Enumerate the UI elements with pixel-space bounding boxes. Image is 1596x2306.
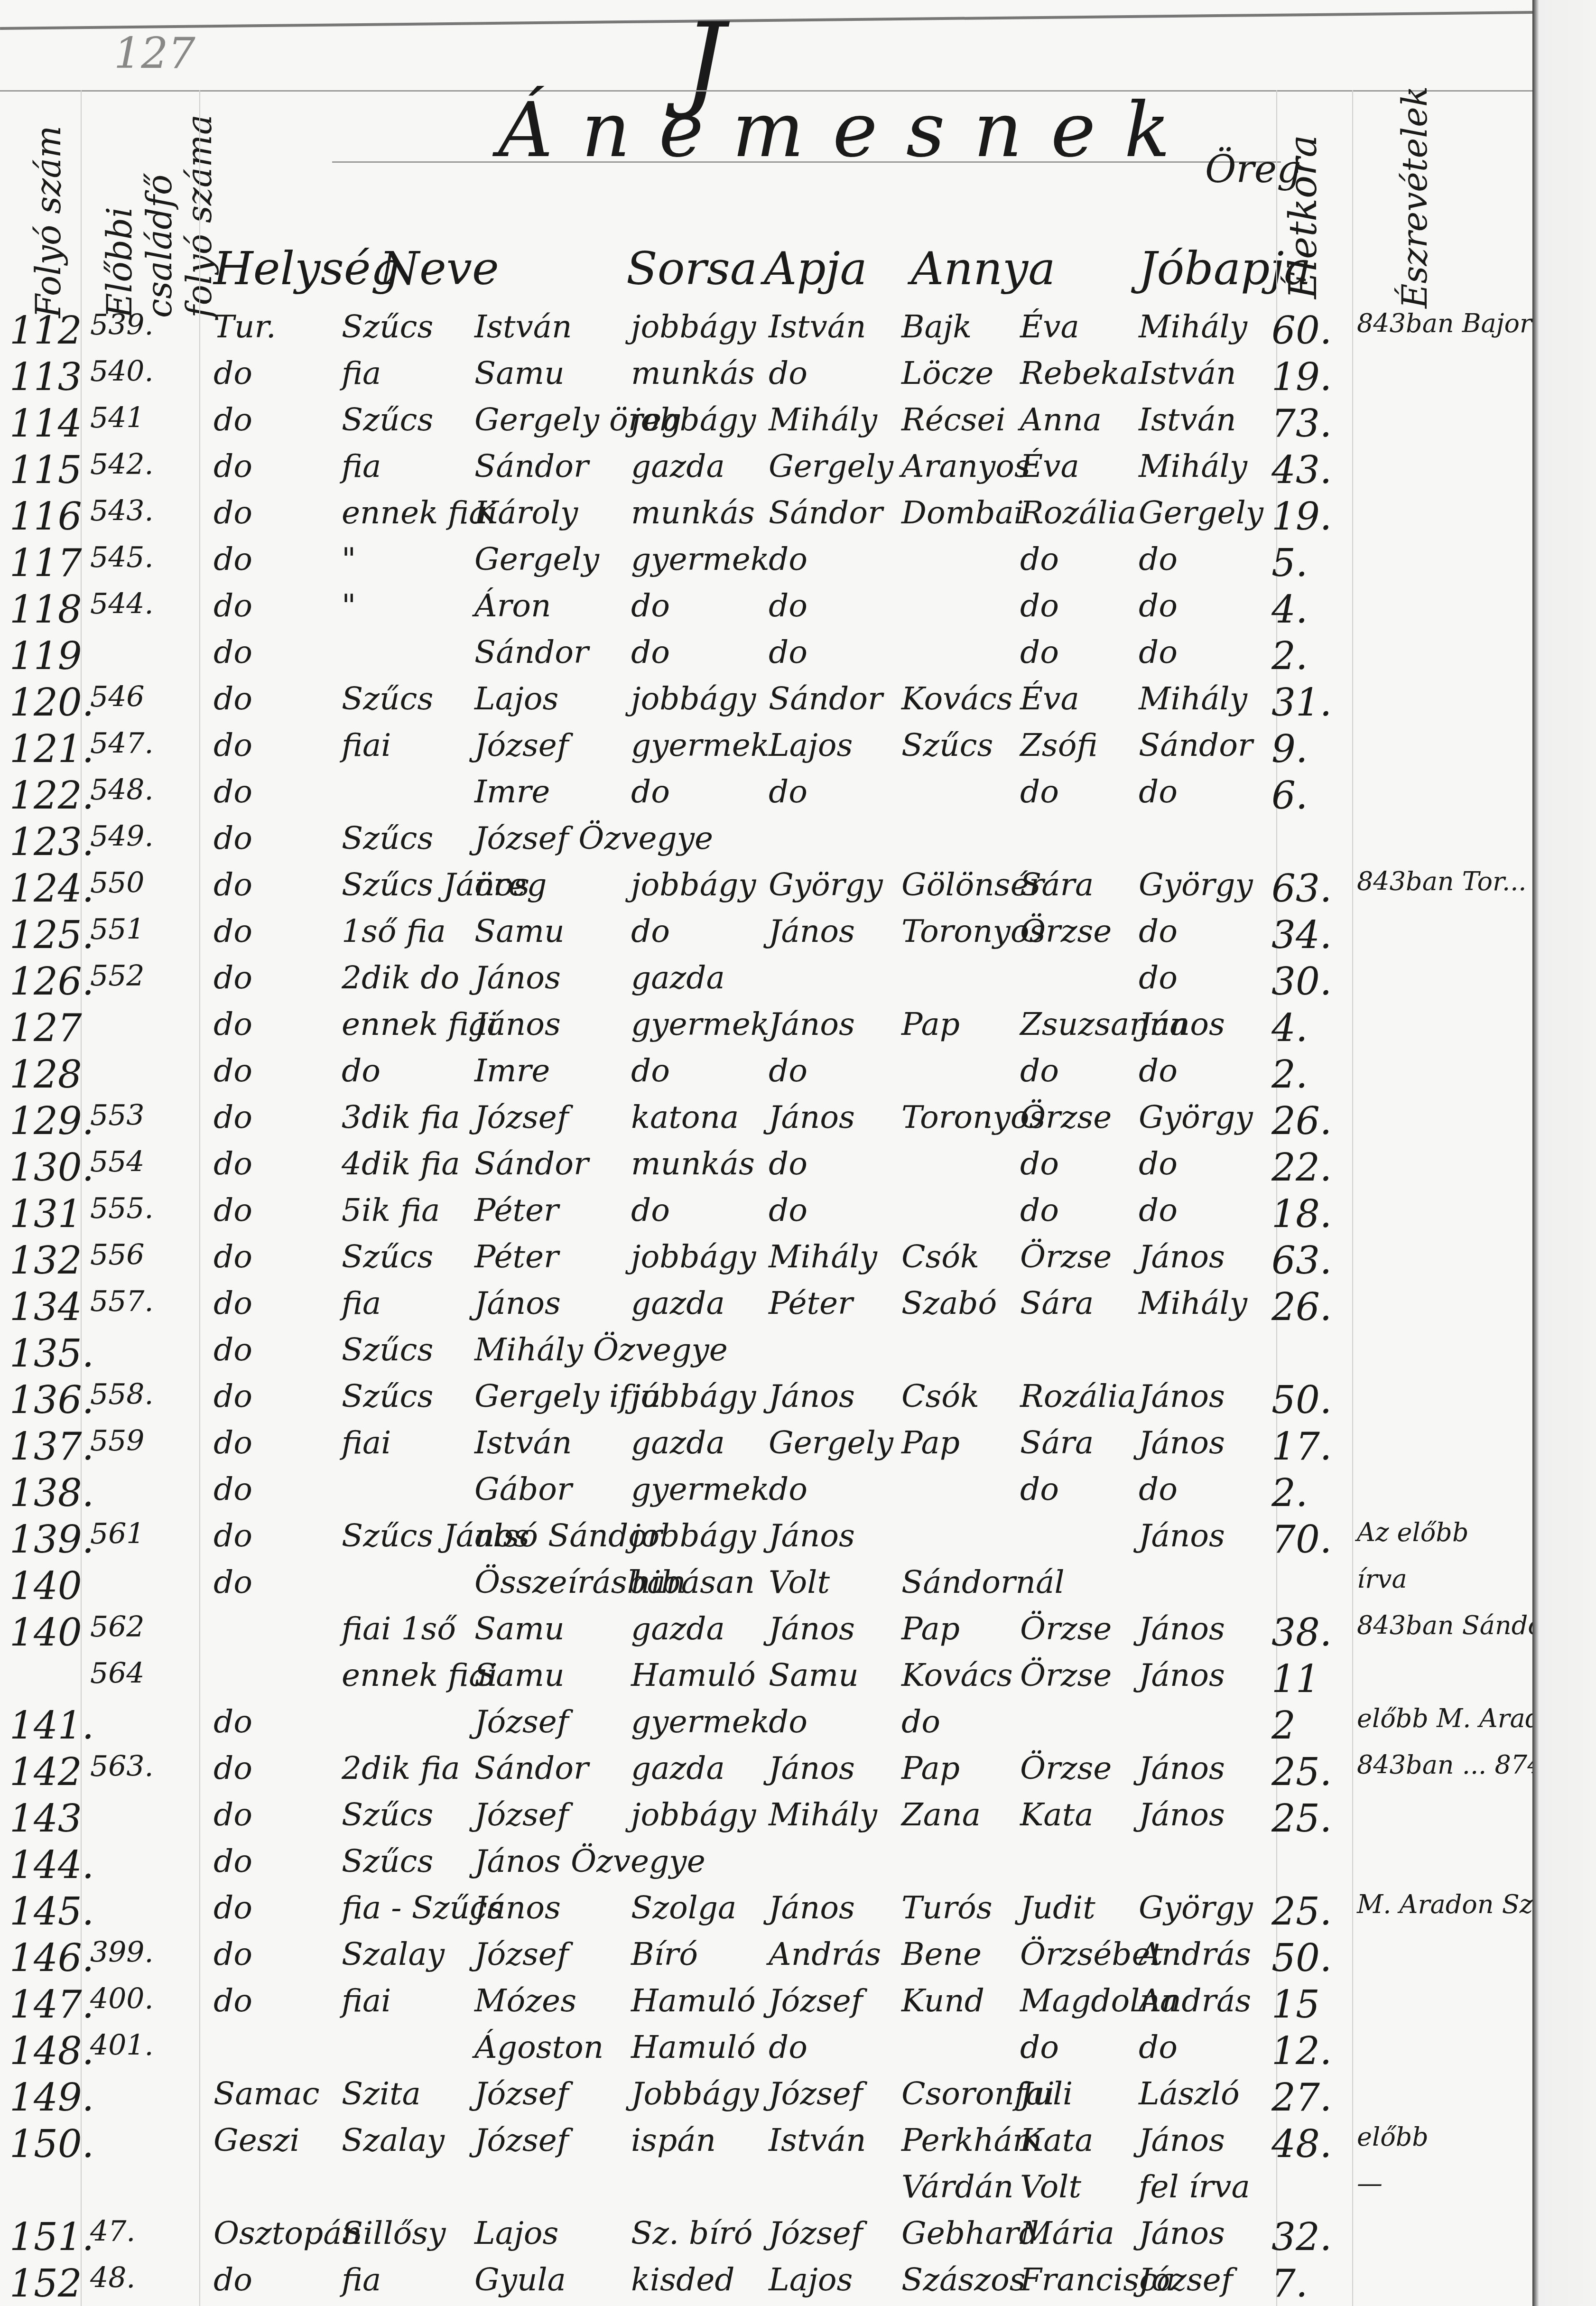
cell-nev2: József (474, 1796, 568, 1833)
cell-haz: 548. (90, 773, 154, 807)
cell-nagy: István (1139, 401, 1236, 438)
cell-hely: do (213, 1750, 252, 1786)
cell-kor: 4. (1271, 587, 1308, 632)
cell-kor: 43. (1271, 448, 1332, 492)
cell-nev2: Károly (474, 494, 578, 531)
cell-kor: 15 (1271, 1982, 1320, 2027)
cell-anya1: Aranyos (901, 448, 1030, 484)
vertical-header-folio: Folyó szám (28, 100, 68, 318)
cell-nev2: Péter (474, 1192, 559, 1228)
cell-folio: 120. (9, 680, 94, 725)
cell-sors: munkás (631, 1145, 755, 1182)
cell-hely: do (213, 401, 252, 438)
cell-kor: 2. (1271, 1052, 1308, 1097)
cell-hely: do (213, 680, 252, 717)
cell-hely: do (213, 959, 252, 996)
cell-nagy: György (1139, 1099, 1253, 1135)
cell-apja: Gergely (769, 1424, 893, 1461)
cell-nev1: fia (342, 2261, 381, 2298)
cell-nev2: János Özvegye (474, 1843, 705, 1879)
cell-hely: do (213, 1564, 252, 1600)
cell-kor: 11 (1271, 1657, 1320, 1701)
cell-anya1: Récsei (901, 401, 1006, 438)
cell-nev1: 2dik do (342, 959, 459, 996)
cell-sors: jobbágy (631, 308, 756, 345)
table-row: 145.dofia - SzűcsJánosSzolgaJánosTurósJu… (0, 1885, 1532, 1937)
cell-haz: 554 (90, 1145, 145, 1179)
cell-folio: 117 (9, 541, 82, 585)
table-row: 123.549.doSzűcsJózsef Özvegye (0, 815, 1532, 867)
cell-nev2: Sándor (474, 634, 589, 670)
cell-kor: 50. (1271, 1936, 1332, 1980)
cell-sors: gazda (631, 1610, 725, 1647)
cell-kor: 70. (1271, 1517, 1332, 1562)
cell-sors: gazda (631, 448, 725, 484)
cell-sors: gyermek (631, 1703, 770, 1740)
cell-hely: do (213, 448, 252, 484)
cell-folio: 115 (9, 448, 82, 492)
cell-nev1: Szűcs (342, 1378, 433, 1414)
cell-sors: jobbágy (631, 1238, 756, 1275)
cell-hely: do (213, 820, 252, 856)
cell-folio: 113 (9, 355, 82, 399)
table-row: 131555.do5ik fiaPéterdodododo18. (0, 1187, 1532, 1239)
cell-haz: 562 (90, 1610, 145, 1644)
cell-haz: 48. (90, 2261, 135, 2295)
cell-nev2: István (474, 1424, 572, 1461)
table-row: 122.548.doImredodododo6. (0, 769, 1532, 821)
cell-kor: 73. (1271, 401, 1332, 446)
cell-folio: 119 (9, 634, 82, 678)
cell-anya1: Várdán (901, 2168, 1014, 2205)
cell-hely: do (213, 1331, 252, 1368)
cell-hely: do (213, 1982, 252, 2019)
cell-haz: 558. (90, 1378, 154, 1411)
cell-nagy: János (1139, 1238, 1225, 1275)
cell-hely: do (213, 355, 252, 391)
cell-anya2: Örzse (1020, 913, 1112, 949)
cell-folio: 139. (9, 1517, 94, 1562)
cell-kor: 2. (1271, 634, 1308, 678)
cell-folio: 125. (9, 913, 94, 957)
cell-hely: Geszi (213, 2122, 300, 2158)
cell-hely: do (213, 1471, 252, 1507)
cell-anya2: Juli (1020, 2075, 1073, 2112)
table-row: 132556doSzűcsPéterjobbágyMihályCsókÖrzse… (0, 1234, 1532, 1286)
cell-folio: 129. (9, 1099, 94, 1143)
cell-folio: 136. (9, 1378, 94, 1422)
table-row: 147.400.dofiaiMózesHamulóJózsefKundMagdo… (0, 1978, 1532, 2030)
cell-anya1: Szabó (901, 1285, 997, 1321)
cell-nagy: András (1139, 1936, 1251, 1972)
cell-folio: 151. (9, 2215, 94, 2259)
cell-kor: 25. (1271, 1796, 1332, 1841)
cell-sors: munkás (631, 355, 755, 391)
cell-nev1: Szűcs (342, 1238, 433, 1275)
cell-apja: Lajos (769, 727, 853, 763)
cell-anya2: Sára (1020, 866, 1094, 903)
cell-rem: írva (1357, 1564, 1407, 1594)
cell-nev2: József (474, 727, 568, 763)
table-row: 150.GesziSzalayJózsefispánIstvánPerkhámK… (0, 2117, 1532, 2169)
cell-haz: 401. (90, 2029, 154, 2062)
cell-anya2: Éva (1020, 448, 1079, 484)
cell-hely: do (213, 541, 252, 577)
cell-nagy: do (1139, 1471, 1178, 1507)
cell-anya1: Kovács (901, 1657, 1013, 1693)
cell-hely: do (213, 1192, 252, 1228)
table-row: 140562fiai 1sőSamugazdaJánosPapÖrzseJáno… (0, 1606, 1532, 1658)
col-annya: Annya (911, 242, 1055, 295)
cell-anya1: Pap (901, 1750, 960, 1786)
cell-haz: 557. (90, 1285, 154, 1318)
cell-anya2: Örzse (1020, 1238, 1112, 1275)
cell-kor: 18. (1271, 1192, 1332, 1236)
cell-nev1: fia (342, 355, 381, 391)
cell-nev2: Samu (474, 355, 565, 391)
cell-kor: 22. (1271, 1145, 1332, 1190)
cell-haz: 549. (90, 820, 154, 853)
vertical-header-remarks: Észrevételek (1395, 109, 1435, 308)
cell-nagy: do (1139, 1145, 1178, 1182)
table-row: 141.doJózsefgyermekdodo2előbb M. Aradon (0, 1699, 1532, 1751)
cell-nagy: András (1139, 1982, 1251, 2019)
cell-haz: 399. (90, 1936, 154, 1969)
cell-nev1: Szalay (342, 1936, 445, 1972)
table-row: 116543.doennek fiaiKárolymunkásSándorDom… (0, 490, 1532, 542)
cell-anya2: Kata (1020, 1796, 1094, 1833)
cell-folio: 140 (9, 1610, 82, 1655)
cell-haz: 555. (90, 1192, 154, 1225)
cell-folio: 148. (9, 2029, 94, 2073)
cell-nagy: János (1139, 1517, 1225, 1554)
cell-kor: 4. (1271, 1006, 1308, 1050)
cell-nagy: János (1139, 2215, 1225, 2251)
cell-kor: 63. (1271, 1238, 1332, 1283)
cell-folio: 122. (9, 773, 94, 818)
cell-hely: do (213, 1052, 252, 1089)
cell-hely: do (213, 1006, 252, 1042)
cell-sors: do (631, 913, 670, 949)
cell-apja: János (769, 1006, 855, 1042)
cell-nev1: fia (342, 1285, 381, 1321)
cell-apja: József (769, 2215, 863, 2251)
cell-sors: hibásan (631, 1564, 755, 1600)
cell-kor: 9. (1271, 727, 1308, 771)
cell-anya1: Bajk (901, 308, 972, 345)
cell-folio: 137. (9, 1424, 94, 1469)
cell-nev2: József (474, 2122, 568, 2158)
cell-nagy: do (1139, 1052, 1178, 1089)
cell-haz: 539. (90, 308, 154, 342)
cell-folio: 134 (9, 1285, 82, 1329)
cell-nagy: György (1139, 1889, 1253, 1926)
table-row: 129.553do3dik fiaJózsefkatonaJánosTorony… (0, 1094, 1532, 1146)
cell-nagy: Mihály (1139, 308, 1247, 345)
cell-sors: jobbágy (631, 1378, 756, 1414)
cell-kor: 2. (1271, 1471, 1308, 1515)
cell-hely: do (213, 634, 252, 670)
cell-haz: 556 (90, 1238, 145, 1272)
cell-sors: Hamuló (631, 2029, 756, 2065)
cell-hely: do (213, 1517, 252, 1554)
cell-nev2: Samu (474, 1610, 565, 1647)
cell-nev2: János (474, 1006, 561, 1042)
cell-folio: 142 (9, 1750, 82, 1794)
cell-kor: 25. (1271, 1889, 1332, 1934)
cell-nev2: Lajos (474, 2215, 558, 2251)
cell-apja: do (769, 355, 807, 391)
cell-sors: katona (631, 1099, 739, 1135)
cell-apja: Lajos (769, 2261, 853, 2298)
cell-hely: Tur. (213, 308, 276, 345)
table-row: 120.546doSzűcsLajosjobbágySándorKovácsÉv… (0, 676, 1532, 728)
cell-haz: 550 (90, 866, 145, 900)
cell-nagy: János (1139, 1006, 1225, 1042)
cell-anya1: Csók (901, 1378, 979, 1414)
top-rule (0, 11, 1532, 30)
cell-folio: 150. (9, 2122, 94, 2166)
table-row: 115542.dofiaSándorgazdaGergelyAranyosÉva… (0, 443, 1532, 495)
cell-hely: do (213, 1378, 252, 1414)
cell-apja: do (769, 541, 807, 577)
cell-folio: 116 (9, 494, 82, 539)
table-row: 119doSándordodododo2. (0, 629, 1532, 681)
cell-hely: do (213, 1796, 252, 1833)
cell-folio: 128 (9, 1052, 82, 1097)
cell-anya1: Dombai (901, 494, 1024, 531)
title-rule (332, 161, 1281, 163)
cell-anya2: Zsófi (1020, 727, 1098, 763)
col-eletkor: Életkora (1281, 142, 1325, 299)
table-row: 124.550doSzűcs JánosöregjobbágyGyörgyGöl… (0, 862, 1532, 914)
cell-nagy: do (1139, 634, 1178, 670)
cell-apja: do (769, 1471, 807, 1507)
table-row: 15248.dofiaGyulakisdedLajosSzászosFranci… (0, 2257, 1532, 2306)
cell-sors: Sz. bíró (631, 2215, 753, 2251)
cell-anya1: Sándornál (901, 1564, 1065, 1600)
cell-nagy: do (1139, 959, 1178, 996)
table-row: 148.401.ÁgostonHamulódododo12. (0, 2024, 1532, 2076)
cell-nagy: do (1139, 913, 1178, 949)
cell-apja: János (769, 1889, 855, 1926)
cell-sors: gyermek (631, 541, 770, 577)
cell-nev1: 1ső fia (342, 913, 446, 949)
cell-sors: do (631, 1052, 670, 1089)
cell-kor: 2 (1271, 1703, 1296, 1748)
cell-haz: 543. (90, 494, 154, 528)
cell-nev2: Gergely (474, 541, 599, 577)
cell-nev2: József (474, 1703, 568, 1740)
cell-kor: 63. (1271, 866, 1332, 911)
cell-hely: Osztopán (213, 2215, 362, 2251)
cell-anya2: do (1020, 1052, 1059, 1089)
cell-haz: 545. (90, 541, 154, 574)
table-row: 117545.do"Gergelygyermekdododo5. (0, 536, 1532, 588)
cell-nev2: Gábor (474, 1471, 572, 1507)
cell-kor: 12. (1271, 2029, 1332, 2073)
cell-nev2: Imre (474, 1052, 550, 1089)
cell-anya2: Rozália (1020, 494, 1136, 531)
cell-apja: György (769, 866, 883, 903)
cell-nev2: János (474, 1889, 561, 1926)
cell-apja: do (769, 1145, 807, 1182)
cell-sors: gazda (631, 1424, 725, 1461)
cell-sors: Hamuló (631, 1982, 756, 2019)
cell-sors: gazda (631, 1750, 725, 1786)
cell-nagy: Mihály (1139, 680, 1247, 717)
cell-nev2: István (474, 308, 572, 345)
cell-anya2: Sára (1020, 1285, 1094, 1321)
cell-hely: do (213, 1889, 252, 1926)
cell-anya1: Csók (901, 1238, 979, 1275)
col-sorsa: Sorsa (626, 242, 757, 295)
cell-apja: Sándor (769, 680, 883, 717)
cell-anya2: Kata (1020, 2122, 1094, 2158)
cell-hely: do (213, 2261, 252, 2298)
cell-apja: Mihály (769, 1796, 877, 1833)
cell-nev2: Mózes (474, 1982, 576, 2019)
cell-nev2: Samu (474, 913, 565, 949)
cell-folio: 141. (9, 1703, 94, 1748)
cell-nagy: János (1139, 1610, 1225, 1647)
cell-nagy: Mihály (1139, 1285, 1247, 1321)
cell-hely: do (213, 1099, 252, 1135)
cell-nagy: János (1139, 2122, 1225, 2158)
cell-anya2: Örzse (1020, 1657, 1112, 1693)
cell-anya2: Éva (1020, 680, 1079, 717)
cell-hely: do (213, 1285, 252, 1321)
cell-anya1: Szászos (901, 2261, 1026, 2298)
table-row: 118544.do"Árondodododo4. (0, 583, 1532, 635)
cell-hely: do (213, 1936, 252, 1972)
cell-anya2: do (1020, 541, 1059, 577)
cell-anya2: do (1020, 1192, 1059, 1228)
cell-nev1: Szűcs (342, 1331, 433, 1368)
cell-folio: 144. (9, 1843, 94, 1887)
cell-folio: 135. (9, 1331, 94, 1376)
cell-nev1: fiai (342, 727, 391, 763)
cell-apja: János (769, 1099, 855, 1135)
cell-sors: do (631, 587, 670, 624)
cell-apja: János (769, 1517, 855, 1554)
cell-nagy: Sándor (1139, 727, 1253, 763)
cell-anya2: Örzse (1020, 1610, 1112, 1647)
cell-nev2: Samu (474, 1657, 565, 1693)
cell-haz: 553 (90, 1099, 145, 1132)
cell-nev1: fiai (342, 1982, 391, 2019)
cell-hely: do (213, 494, 252, 531)
cell-sors: jobbágy (631, 680, 756, 717)
cell-apja: István (769, 2122, 866, 2158)
cell-sors: gyermek (631, 1006, 770, 1042)
cell-hely: do (213, 1424, 252, 1461)
cell-kor: 19. (1271, 494, 1332, 539)
cell-nev1: fiai 1ső (342, 1610, 456, 1647)
cell-apja: Mihály (769, 401, 877, 438)
cell-nagy: János (1139, 1378, 1225, 1414)
cell-sors: kisded (631, 2261, 735, 2298)
cell-kor: 31. (1271, 680, 1332, 725)
cell-haz: 561 (90, 1517, 145, 1551)
table-row: 114541doSzűcsGergely öregjobbágyMihályRé… (0, 397, 1532, 449)
cell-anya1: Löcze (901, 355, 993, 391)
cell-sors: jobbágy (631, 1517, 756, 1554)
cell-folio: 143 (9, 1796, 82, 1841)
cell-anya2: Örzse (1020, 1099, 1112, 1135)
table-row: 151.47.OsztopánSillősyLajosSz. bíróJózse… (0, 2210, 1532, 2262)
cell-folio: 118 (9, 587, 82, 632)
cell-nev2: öreg (474, 866, 547, 903)
cell-rem: előbb (1357, 2122, 1429, 2152)
cell-apja: do (769, 773, 807, 810)
cell-anya2: do (1020, 773, 1059, 810)
cell-haz: 547. (90, 727, 154, 760)
cell-anya1: Kund (901, 1982, 984, 2019)
cell-nagy: János (1139, 1750, 1225, 1786)
cell-anya1: do (901, 1703, 940, 1740)
table-row: 139.561doSzűcs Jánosalsó SándorjobbágyJá… (0, 1513, 1532, 1565)
cell-kor: 50. (1271, 1378, 1332, 1422)
cell-apja: Péter (769, 1285, 853, 1321)
cell-folio: 121. (9, 727, 94, 771)
cell-apja: Samu (769, 1657, 859, 1693)
cell-anya2: Volt (1020, 2168, 1081, 2205)
cell-folio: 127 (9, 1006, 82, 1050)
cell-nev1: Sillősy (342, 2215, 445, 2251)
cell-hely: do (213, 1238, 252, 1275)
cell-folio: 124. (9, 866, 94, 911)
cell-kor: 25. (1271, 1750, 1332, 1794)
cell-sors: jobbágy (631, 401, 756, 438)
cell-nev1: Szűcs (342, 1796, 433, 1833)
cell-anya1: Szűcs (901, 727, 993, 763)
cell-nev1: Szűcs (342, 820, 433, 856)
cell-apja: József (769, 1982, 863, 2019)
cell-nev2: Sándor (474, 1145, 589, 1182)
cell-haz: 400. (90, 1982, 154, 2016)
cell-hely: do (213, 727, 252, 763)
cell-apja: András (769, 1936, 881, 1972)
cell-nev2: János (474, 1285, 561, 1321)
cell-apja: do (769, 2029, 807, 2065)
table-row: 134557.dofiaJánosgazdaPéterSzabóSáraMihá… (0, 1280, 1532, 1332)
cell-anya2: do (1020, 587, 1059, 624)
cell-nev2: János (474, 959, 561, 996)
cell-nev2: József (474, 2075, 568, 2112)
cell-hely: do (213, 773, 252, 810)
cell-kor: 6. (1271, 773, 1308, 818)
cell-nev2: Gyula (474, 2261, 566, 2298)
cell-nev2: Péter (474, 1238, 559, 1275)
cell-nev1: Szűcs (342, 1843, 433, 1879)
cell-nagy: János (1139, 1796, 1225, 1833)
cell-apja: József (769, 2075, 863, 2112)
cell-anya2: Mária (1020, 2215, 1114, 2251)
cell-nev1: 5ik fia (342, 1192, 440, 1228)
cell-anya2: do (1020, 2029, 1059, 2065)
cell-nev2: Imre (474, 773, 550, 810)
cell-hely: do (213, 1843, 252, 1879)
cell-nev1: Szalay (342, 2122, 445, 2158)
cell-haz: 544. (90, 587, 154, 621)
cell-sors: Hamuló (631, 1657, 756, 1693)
table-row: 136.558.doSzűcsGergely ifjújobbágyJánosC… (0, 1373, 1532, 1425)
cell-anya1: Pap (901, 1424, 960, 1461)
cell-sors: gazda (631, 1285, 725, 1321)
cell-hely: do (213, 913, 252, 949)
table-row: 112539.Tur.SzűcsIstvánjobbágyIstvánBajkÉ… (0, 304, 1532, 356)
